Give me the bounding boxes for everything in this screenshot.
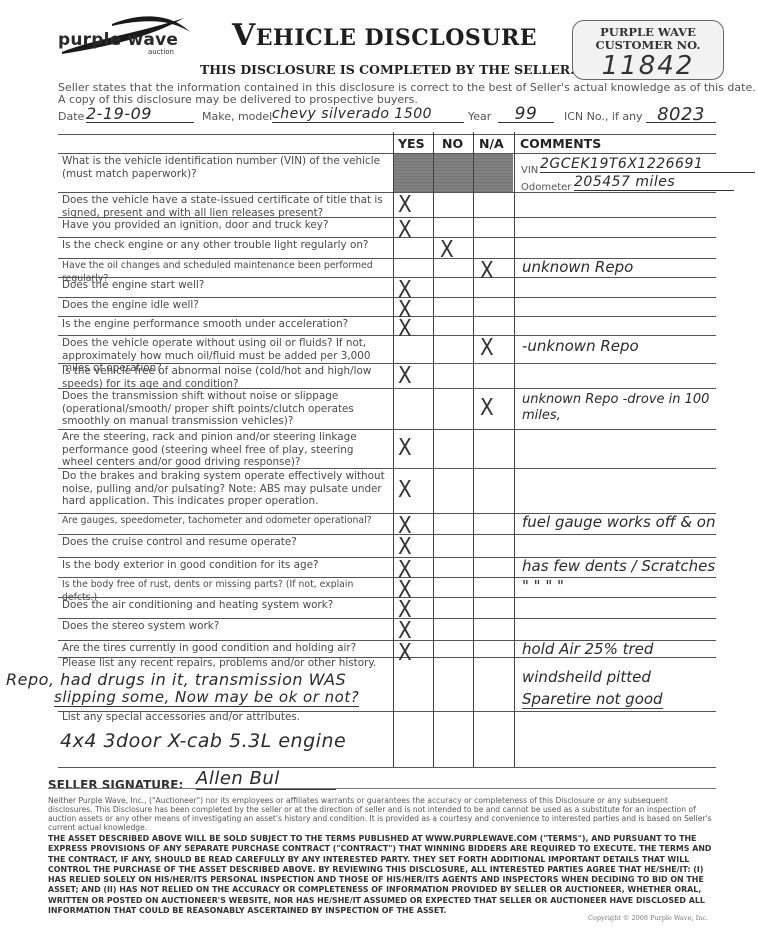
seller-signature-label: SELLER SIGNATURE: xyxy=(48,778,183,792)
terms-text: THE ASSET DESCRIBED ABOVE WILL BE SOLD S… xyxy=(48,834,713,916)
answer-checkmark-yes[interactable]: X xyxy=(398,475,412,503)
make-model-label: Make, model xyxy=(202,110,272,123)
table-top-border xyxy=(58,134,716,135)
comment-text[interactable]: has few dents / Scratches xyxy=(522,557,715,575)
logo-brand: purple wave xyxy=(58,30,178,50)
answer-checkmark-na[interactable]: X xyxy=(480,333,494,361)
history-comment-line2[interactable]: Sparetire not good xyxy=(522,690,663,709)
row-divider xyxy=(58,153,716,154)
column-divider xyxy=(514,132,515,767)
page-subtitle: THIS DISCLOSURE IS COMPLETED BY THE SELL… xyxy=(200,62,575,77)
history-value-line1[interactable]: Repo, had drugs in it, transmission WAS xyxy=(6,670,346,689)
row-divider xyxy=(58,577,716,578)
answer-checkmark-na[interactable]: X xyxy=(480,393,494,421)
customer-number-box: PURPLE WAVE CUSTOMER NO. 11842 xyxy=(572,20,724,80)
year-label: Year xyxy=(468,110,491,123)
question-text: Do the brakes and braking system operate… xyxy=(62,470,387,508)
comment-text[interactable]: unknown Repo -drove in 100 miles, xyxy=(522,392,722,424)
comment-text[interactable]: fuel gauge works off & on xyxy=(522,513,716,531)
question-text: Does the vehicle have a state-issued cer… xyxy=(62,194,387,219)
question-text: Does the cruise control and resume opera… xyxy=(62,536,387,549)
row-divider xyxy=(58,335,716,336)
comment-text[interactable]: -unknown Repo xyxy=(522,337,639,355)
column-na: N/A xyxy=(479,136,504,151)
answer-checkmark-yes[interactable]: X xyxy=(398,314,412,342)
accessories-label: List any special accessories and/or attr… xyxy=(62,711,387,724)
column-comments: COMMENTS xyxy=(520,136,601,151)
accessories-value[interactable]: 4x4 3door X-cab 5.3L engine xyxy=(60,730,346,752)
question-text: Are gauges, speedometer, tachometer and … xyxy=(62,515,387,528)
history-label: Please list any recent repairs, problems… xyxy=(62,657,387,670)
vin-field[interactable]: 2GCEK19T6X1226691 xyxy=(540,156,755,173)
question-text: Does the engine idle well? xyxy=(62,299,387,312)
answer-checkmark-no[interactable]: X xyxy=(440,235,454,263)
question-text: Does the transmission shift without nois… xyxy=(62,390,387,428)
icn-field[interactable]: 8023 xyxy=(646,104,716,123)
column-divider xyxy=(393,132,394,767)
page-title: VEHICLE DISCLOSURE xyxy=(232,18,537,53)
question-text: Does the stereo system work? xyxy=(62,620,387,633)
year-field[interactable]: 99 xyxy=(498,104,554,123)
comment-text[interactable]: unknown Repo xyxy=(522,258,633,276)
row-divider xyxy=(58,297,716,298)
disclaimer-text: Neither Purple Wave, Inc., ("Auctioneer"… xyxy=(48,796,713,832)
column-no: NO xyxy=(442,136,463,151)
question-text: Is the vehicle free of abnormal noise (c… xyxy=(62,365,387,390)
question-text: Are the steering, rack and pinion and/or… xyxy=(62,431,387,469)
answer-checkmark-na[interactable]: X xyxy=(480,256,494,284)
row-divider xyxy=(58,767,716,768)
history-comment-line1[interactable]: windsheild pitted xyxy=(522,668,651,686)
icn-label: ICN No., if any xyxy=(564,110,643,123)
intro-statement: Seller states that the information conta… xyxy=(58,82,758,106)
row-divider xyxy=(58,429,716,430)
copyright: Copyright © 2008 Purple Wave, Inc. xyxy=(588,914,708,922)
question-text: Have you provided an ignition, door and … xyxy=(62,219,387,232)
customer-number[interactable]: 11842 xyxy=(573,51,723,81)
answer-checkmark-yes[interactable]: X xyxy=(398,190,412,218)
comment-text[interactable]: " " " " xyxy=(522,577,564,595)
comment-text[interactable]: hold Air 25% tred xyxy=(522,640,653,658)
odometer-field[interactable]: 205457 miles xyxy=(574,174,734,191)
row-divider xyxy=(58,534,716,535)
question-text: What is the vehicle identification numbe… xyxy=(62,155,387,180)
logo-subtext: auction xyxy=(148,48,174,56)
column-yes: YES xyxy=(398,136,425,151)
answer-checkmark-yes[interactable]: X xyxy=(398,215,412,243)
history-value-line2[interactable]: slipping some, Now may be ok or not? xyxy=(54,688,359,707)
question-text: Is the engine performance smooth under a… xyxy=(62,318,387,331)
seller-signature-field[interactable]: Allen Bul xyxy=(196,768,336,790)
row-divider xyxy=(58,618,716,619)
row-divider xyxy=(58,192,716,193)
make-model-field[interactable]: chevy silverado 1500 xyxy=(272,106,464,123)
purple-wave-logo: purple wave auction xyxy=(52,10,192,56)
question-text: Are the tires currently in good conditio… xyxy=(62,642,387,655)
question-text: Does the air conditioning and heating sy… xyxy=(62,599,387,612)
signature-divider xyxy=(48,788,716,789)
answer-checkmark-yes[interactable]: X xyxy=(398,638,412,666)
answer-checkmark-yes[interactable]: X xyxy=(398,361,412,389)
question-text: Does the engine start well? xyxy=(62,279,387,292)
date-label: Date xyxy=(58,110,84,123)
column-divider xyxy=(433,132,434,767)
date-field[interactable]: 2-19-09 xyxy=(86,104,194,123)
row-divider xyxy=(58,316,716,317)
odometer-label: Odometer xyxy=(521,182,571,193)
column-divider xyxy=(473,132,474,767)
row-divider xyxy=(58,237,716,238)
question-text: Is the body exterior in good condition f… xyxy=(62,559,387,572)
vin-label: VIN xyxy=(521,165,538,176)
answer-checkmark-yes[interactable]: X xyxy=(398,433,412,461)
question-text: Is the check engine or any other trouble… xyxy=(62,239,387,252)
vin-shaded-cells xyxy=(394,153,513,192)
